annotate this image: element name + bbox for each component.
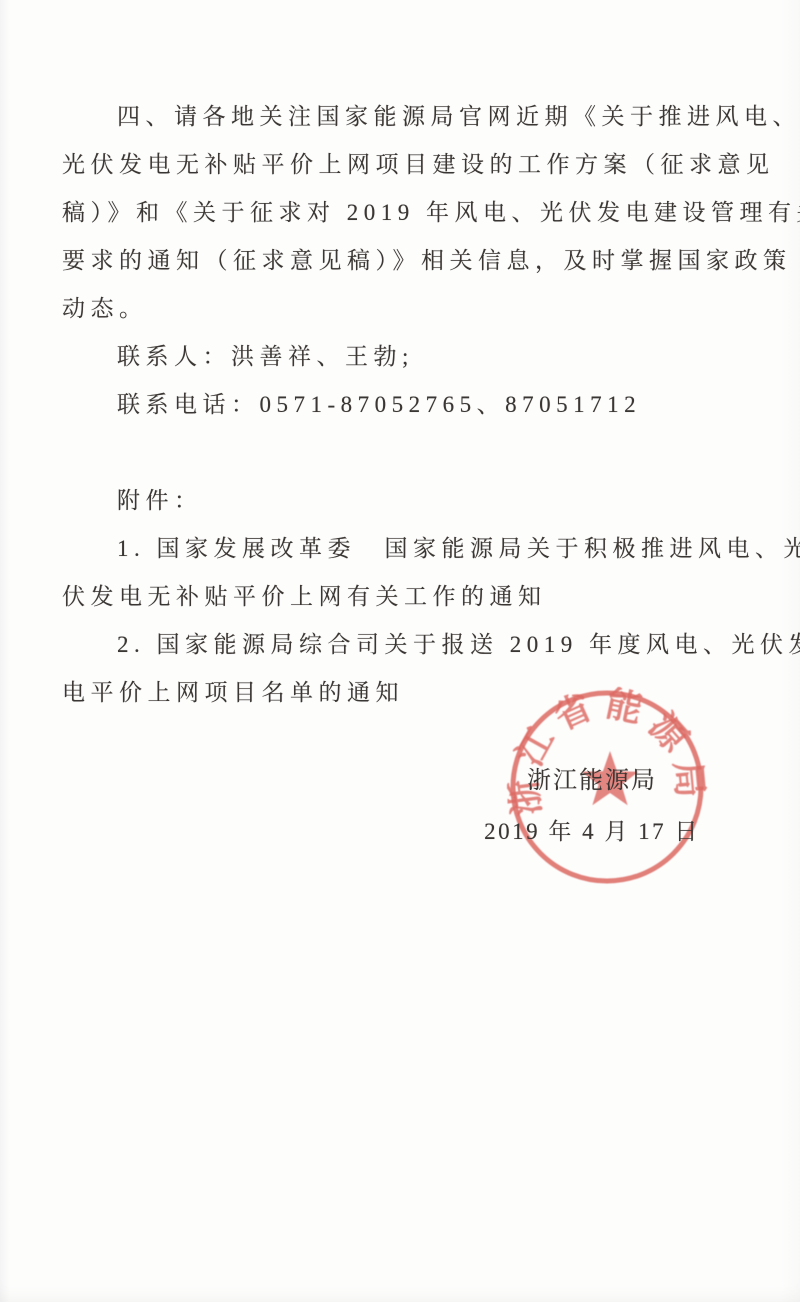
document-page: 四、请各地关注国家能源局官网近期《关于推进风电、 光伏发电无补贴平价上网项目建设… bbox=[0, 0, 800, 1302]
signature-org: 浙江能源局 bbox=[432, 763, 752, 799]
paragraph-line: 四、请各地关注国家能源局官网近期《关于推进风电、 bbox=[62, 93, 762, 141]
document-body: 四、请各地关注国家能源局官网近期《关于推进风电、 光伏发电无补贴平价上网项目建设… bbox=[62, 93, 762, 717]
signature-block: 浙江能源局 2019 年 4 月 17 日 bbox=[432, 763, 752, 849]
attachment-item-line: 伏发电无补贴平价上网有关工作的通知 bbox=[62, 573, 762, 621]
paragraph-line: 要求的通知（征求意见稿）》相关信息，及时掌握国家政策 bbox=[62, 237, 762, 285]
attachments-label: 附件： bbox=[62, 477, 762, 525]
signature-date: 2019 年 4 月 17 日 bbox=[432, 815, 752, 849]
contact-phone-line: 联系电话：0571-87052765、87051712 bbox=[62, 381, 762, 429]
paragraph-line: 光伏发电无补贴平价上网项目建设的工作方案（征求意见 bbox=[62, 141, 762, 189]
blank-line bbox=[62, 429, 762, 477]
attachment-item-line: 2. 国家能源局综合司关于报送 2019 年度风电、光伏发 bbox=[62, 621, 762, 669]
contact-person-line: 联系人：洪善祥、王勃; bbox=[62, 333, 762, 381]
attachment-item-line: 1. 国家发展改革委 国家能源局关于积极推进风电、光 bbox=[62, 525, 762, 573]
paragraph-line: 稿）》和《关于征求对 2019 年风电、光伏发电建设管理有关 bbox=[62, 189, 762, 237]
paragraph-line: 动态。 bbox=[62, 285, 762, 333]
